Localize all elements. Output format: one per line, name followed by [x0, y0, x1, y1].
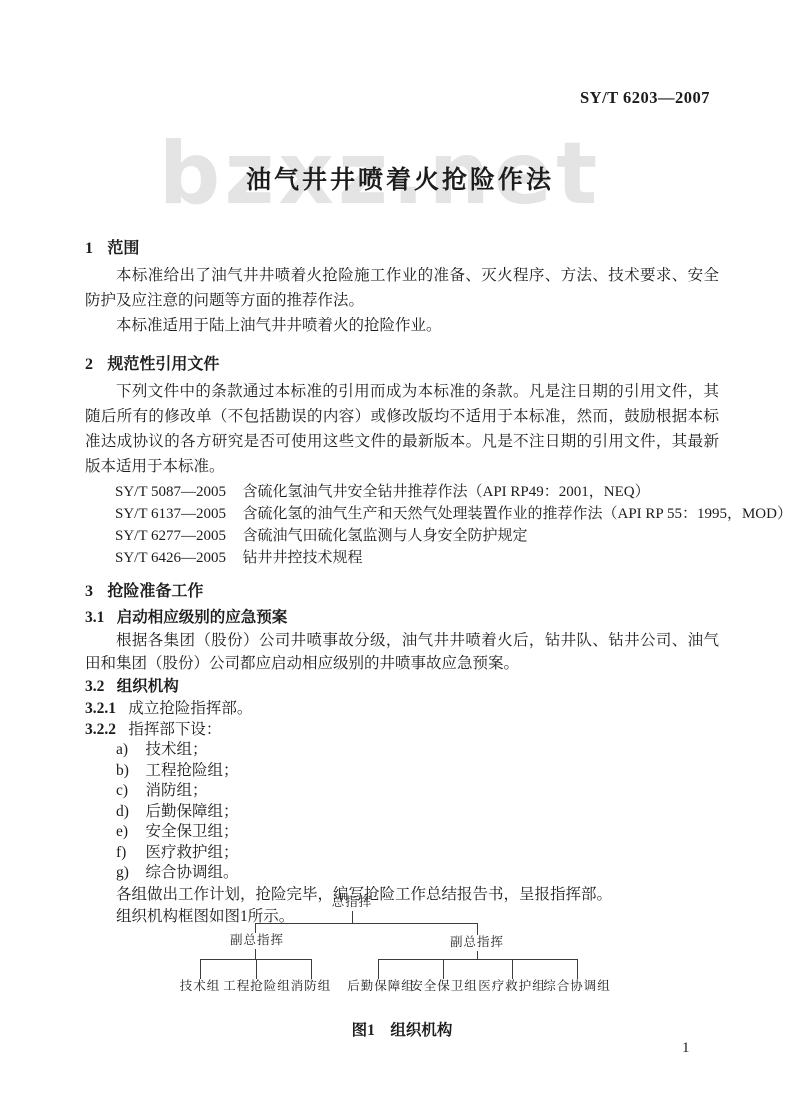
reference-code: SY/T 5087—2005 — [115, 484, 226, 500]
reference-title: 含硫油气田硫化氢监测与人身安全防护规定 — [242, 528, 527, 544]
connector-line — [255, 923, 478, 924]
clause-3-1-paragraph: 根据各集团（股份）公司井喷事故分级，油气井井喷着火后，钻井队、钻井公司、油气田和… — [85, 629, 719, 675]
section-1-heading: 1范围 — [85, 236, 719, 261]
section-1-paragraph-1: 本标准给出了油气井井喷着火抢险施工作业的准备、灭火程序、方法、技术要求、安全防护… — [85, 263, 719, 313]
connector-line — [577, 959, 578, 979]
figure-title: 组织机构 — [390, 1022, 452, 1039]
org-node-security-group: 安全保卫组 — [410, 979, 478, 994]
document-body: 1范围 本标准给出了油气井井喷着火抢险施工作业的准备、灭火程序、方法、技术要求、… — [85, 236, 719, 928]
clause-3-2-2: 3.2.2指挥部下设： — [85, 719, 719, 740]
connector-line — [255, 949, 256, 959]
connector-line — [256, 959, 257, 979]
list-item-text: 医疗救护组； — [145, 844, 238, 861]
clause-3-1-number: 3.1 — [85, 609, 104, 626]
reference-item: SY/T 6277—2005含硫油气田硫化氢监测与人身安全防护规定 — [115, 525, 719, 547]
connector-line — [352, 911, 353, 923]
org-node-deputy-commander-left: 副总指挥 — [230, 933, 284, 948]
list-item: e)安全保卫组； — [116, 822, 719, 843]
org-node-deputy-commander-right: 副总指挥 — [450, 935, 504, 950]
clause-3-2-1-number: 3.2.1 — [85, 700, 116, 717]
list-item-marker: b) — [116, 761, 145, 782]
list-item-text: 综合协调组。 — [145, 864, 238, 881]
document-title: 油气井井喷着火抢险作法 — [0, 160, 800, 196]
connector-line — [378, 959, 379, 979]
reference-code: SY/T 6426—2005 — [115, 550, 226, 566]
figure-number: 图1 — [352, 1022, 375, 1039]
section-2-number: 2 — [85, 356, 93, 373]
list-item-marker: c) — [116, 781, 145, 802]
reference-item: SY/T 5087—2005含硫化氢油气井安全钻井推荐作法（API RP49：2… — [115, 481, 719, 503]
reference-title: 含硫化氢油气井安全钻井推荐作法（API RP49：2001，NEQ） — [242, 484, 649, 500]
list-item-text: 工程抢险组； — [145, 762, 238, 779]
section-1-title: 范围 — [107, 240, 139, 257]
clause-3-2-2-text: 指挥部下设： — [128, 721, 221, 738]
document-page: SY/T 6203—2007 bzxz.net 油气井井喷着火抢险作法 1范围 … — [0, 0, 800, 1093]
normative-references-list: SY/T 5087—2005含硫化氢油气井安全钻井推荐作法（API RP49：2… — [85, 481, 719, 569]
org-node-coordination-group: 综合协调组 — [543, 979, 611, 994]
section-3-number: 3 — [85, 583, 93, 600]
section-2-title: 规范性引用文件 — [107, 356, 219, 373]
clause-3-2-1-text: 成立抢险指挥部。 — [128, 700, 252, 717]
org-node-logistics-support-group: 后勤保障组 — [347, 979, 415, 994]
group-list: a)技术组； b)工程抢险组； c)消防组； d)后勤保障组； e)安全保卫组；… — [85, 740, 719, 884]
clause-3-2-2-number: 3.2.2 — [85, 721, 116, 738]
connector-line — [443, 959, 444, 979]
connector-line — [200, 959, 201, 979]
connector-line — [477, 923, 478, 935]
list-item: d)后勤保障组； — [116, 802, 719, 823]
reference-item: SY/T 6137—2005含硫化氢的油气生产和天然气处理装置作业的推荐作法（A… — [115, 503, 719, 525]
clause-3-2-title: 组织机构 — [117, 678, 179, 695]
clause-3-1-title: 启动相应级别的应急预案 — [117, 609, 288, 626]
connector-line — [311, 959, 312, 979]
clause-3-2-1: 3.2.1成立抢险指挥部。 — [85, 698, 719, 719]
section-3-heading: 3抢险准备工作 — [85, 579, 719, 604]
list-item-marker: d) — [116, 802, 145, 823]
list-item: a)技术组； — [116, 740, 719, 761]
reference-item: SY/T 6426—2005钻井井控技术规程 — [115, 547, 719, 569]
section-3-title: 抢险准备工作 — [107, 583, 203, 600]
connector-line — [477, 951, 478, 959]
list-item-text: 技术组； — [145, 741, 207, 758]
list-item-marker: a) — [116, 740, 145, 761]
section-2-heading: 2规范性引用文件 — [85, 352, 719, 377]
org-node-engineering-rescue-group: 工程抢险组 — [223, 979, 291, 994]
section-2-paragraph: 下列文件中的条款通过本标准的引用而成为本标准的条款。凡是注日期的引用文件，其随后… — [85, 379, 719, 479]
page-number: 1 — [682, 1040, 690, 1057]
org-node-chief-commander: 总指挥 — [332, 895, 373, 910]
connector-line — [255, 923, 256, 933]
list-item-text: 后勤保障组； — [145, 803, 238, 820]
standard-number-header: SY/T 6203—2007 — [580, 88, 710, 108]
reference-code: SY/T 6277—2005 — [115, 528, 226, 544]
list-item-text: 消防组； — [145, 782, 207, 799]
connector-line — [512, 959, 513, 979]
list-item-marker: e) — [116, 822, 145, 843]
clause-3-1-heading: 3.1启动相应级别的应急预案 — [85, 606, 719, 629]
org-node-fire-fighting-group: 消防组 — [291, 979, 332, 994]
list-item: g)综合协调组。 — [116, 863, 719, 884]
list-item: c)消防组； — [116, 781, 719, 802]
reference-title: 钻井井控技术规程 — [242, 550, 362, 566]
list-item-marker: g) — [116, 863, 145, 884]
list-item-text: 安全保卫组； — [145, 823, 238, 840]
organization-chart: 总指挥 副总指挥 副总指挥 技术组 工程抢险组 消防组 后勤保障组 安全保卫组 … — [140, 895, 620, 1010]
connector-line — [378, 959, 578, 960]
clause-3-2-heading: 3.2组织机构 — [85, 675, 719, 698]
org-node-medical-rescue-group: 医疗救护组 — [478, 979, 546, 994]
reference-code: SY/T 6137—2005 — [115, 506, 226, 522]
org-node-technical-group: 技术组 — [180, 979, 221, 994]
clause-3-2-number: 3.2 — [85, 678, 104, 695]
reference-title: 含硫化氢的油气生产和天然气处理装置作业的推荐作法（API RP 55：1995，… — [242, 506, 791, 522]
list-item: b)工程抢险组； — [116, 761, 719, 782]
list-item: f)医疗救护组； — [116, 843, 719, 864]
section-1-number: 1 — [85, 240, 93, 257]
figure-caption: 图1组织机构 — [85, 1018, 719, 1040]
section-1-paragraph-2: 本标准适用于陆上油气井井喷着火的抢险作业。 — [85, 313, 719, 338]
list-item-marker: f) — [116, 843, 145, 864]
